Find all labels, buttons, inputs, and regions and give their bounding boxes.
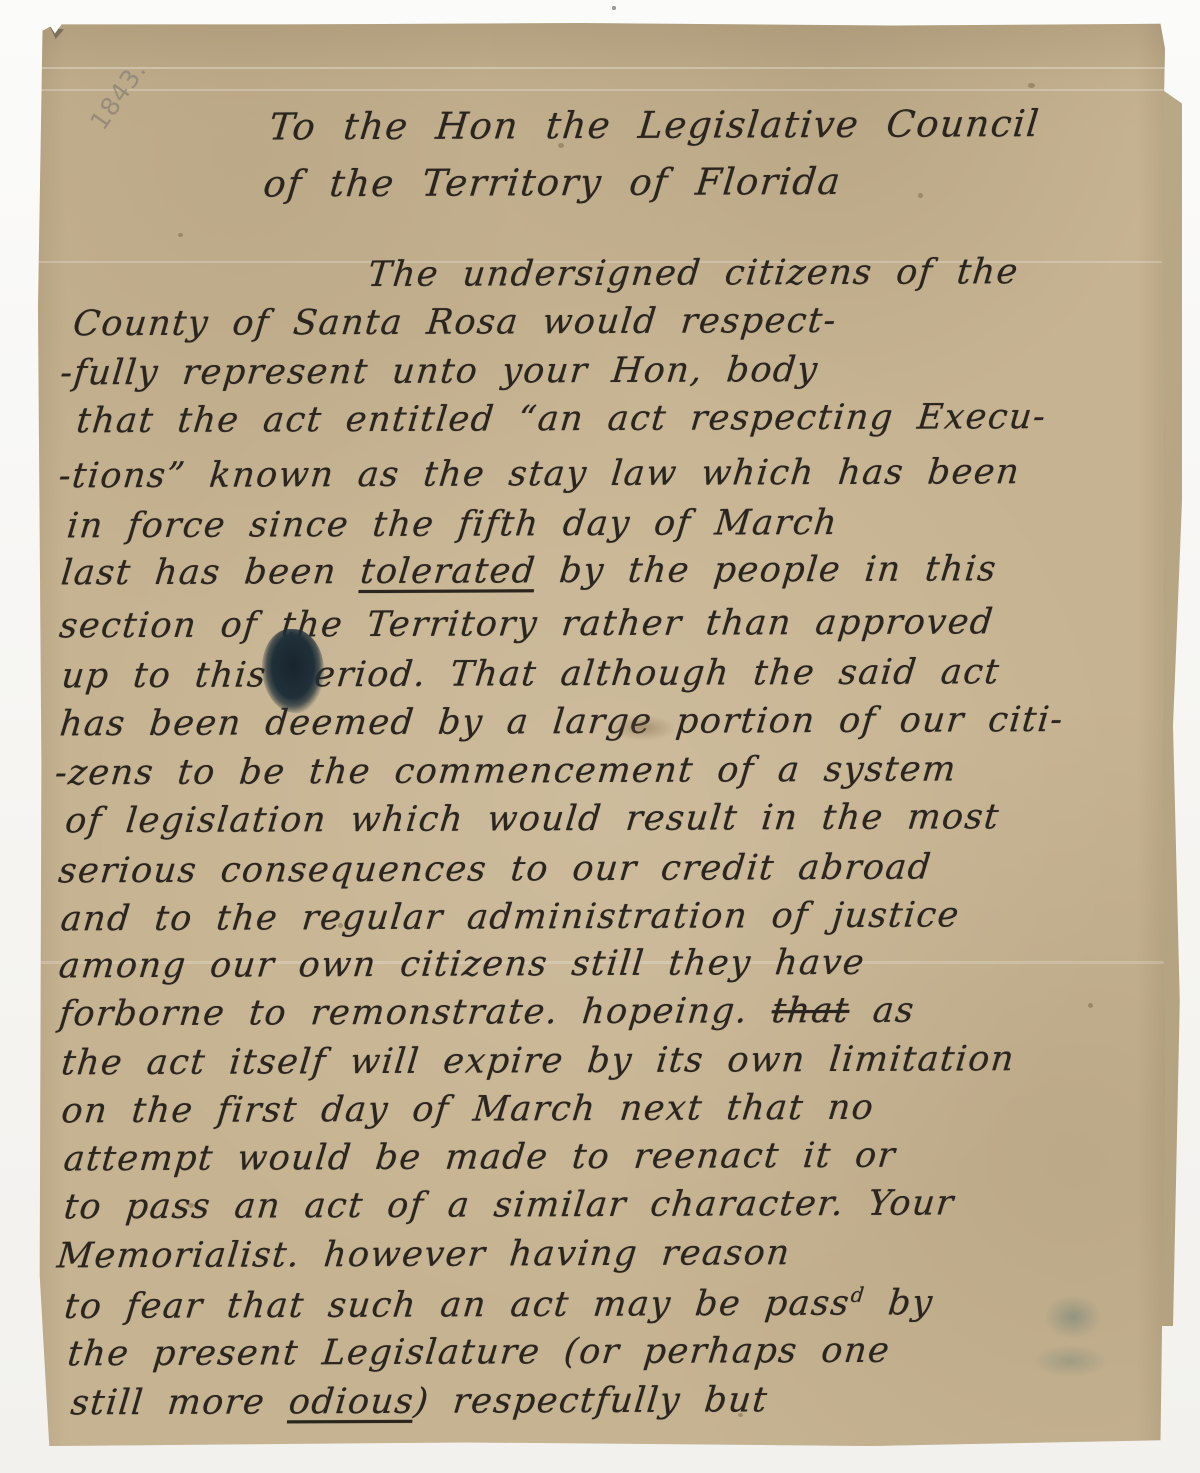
manuscript-line: of legislation which would result in the… bbox=[63, 797, 1001, 841]
manuscript-segment: by the people in this bbox=[534, 549, 999, 591]
paper-speck bbox=[338, 923, 343, 928]
manuscript-segment: The undersigned citizens of the bbox=[366, 252, 1021, 295]
manuscript-line: To the Hon the Legislative Council bbox=[267, 102, 1042, 148]
manuscript-line: to pass an act of a similar character. Y… bbox=[62, 1183, 956, 1227]
manuscript-segment: and to the regular administration of jus… bbox=[59, 895, 962, 939]
paper-speck bbox=[558, 143, 564, 148]
manuscript-segment: -zens to be the commencement of a system bbox=[53, 749, 959, 793]
manuscript-segment: serious consequences to our credit abroa… bbox=[57, 848, 934, 892]
manuscript-segment: -fully represent unto your Hon, body bbox=[58, 350, 820, 393]
manuscript-segment: last has been bbox=[59, 552, 362, 593]
manuscript-segment-underline: tolerated bbox=[358, 551, 537, 592]
manuscript-segment: to fear that such an act may be pass bbox=[62, 1284, 852, 1327]
manuscript-segment: Memorialist. however having reason bbox=[55, 1233, 792, 1276]
manuscript-line: serious consequences to our credit abroa… bbox=[57, 848, 934, 892]
manuscript-segment: in force since the fifth day of March bbox=[65, 503, 840, 546]
ink-smudge bbox=[1032, 1345, 1108, 1377]
manuscript-line: among our own citizens still they have bbox=[57, 943, 867, 987]
manuscript-line: -tions” known as the stay law which has … bbox=[57, 452, 1022, 496]
manuscript-segment: of legislation which would result in the… bbox=[63, 797, 1001, 841]
manuscript-line: in force since the fifth day of March bbox=[65, 503, 840, 546]
manuscript-line: -fully represent unto your Hon, body bbox=[58, 350, 820, 393]
manuscript-segment: has been deemed by a large portion of ou… bbox=[58, 700, 1066, 744]
manuscript-segment: attempt would be made to reenact it or bbox=[62, 1136, 898, 1180]
manuscript-line: forborne to remonstrate. hopeing. that a… bbox=[57, 991, 917, 1035]
manuscript-line: up to this period. That although the sai… bbox=[60, 652, 1002, 696]
paper-speck bbox=[1088, 1003, 1093, 1008]
manuscript-line: attempt would be made to reenact it or bbox=[62, 1136, 898, 1180]
manuscript-segment-strike: that bbox=[770, 991, 852, 1031]
paper-speck bbox=[1028, 83, 1035, 88]
paper-speck bbox=[178, 233, 183, 237]
manuscript-segment: of the Territory of Florida bbox=[261, 160, 843, 206]
manuscript-line: the act itself will expire by its own li… bbox=[59, 1039, 1017, 1083]
stain-smudge bbox=[610, 715, 676, 741]
manuscript-segment: among our own citizens still they have bbox=[57, 943, 867, 987]
manuscript-text: To the Hon the Legislative Councilof the… bbox=[38, 23, 1165, 1446]
manuscript-segment: To the Hon the Legislative Council bbox=[267, 102, 1042, 148]
manuscript-line: last has been tolerated by the people in… bbox=[59, 549, 999, 593]
manuscript-line: has been deemed by a large portion of ou… bbox=[58, 700, 1066, 744]
manuscript-segment: -tions” known as the stay law which has … bbox=[57, 452, 1022, 496]
manuscript-segment: the present Legislature (or perhaps one bbox=[66, 1331, 893, 1375]
manuscript-segment: the act itself will expire by its own li… bbox=[59, 1039, 1017, 1083]
manuscript-segment: by bbox=[863, 1283, 936, 1323]
manuscript-line: the present Legislature (or perhaps one bbox=[66, 1331, 893, 1375]
manuscript-segment: still more bbox=[69, 1382, 291, 1423]
manuscript-line: Memorialist. however having reason bbox=[55, 1233, 792, 1276]
manuscript-line: of the Territory of Florida bbox=[261, 160, 843, 206]
manuscript-segment-underline: odious bbox=[287, 1382, 416, 1423]
manuscript-line: on the first day of March next that no bbox=[60, 1088, 877, 1132]
manuscript-line: section of the Territory rather than app… bbox=[58, 602, 996, 646]
manuscript-line: that the act entitled “an act respecting… bbox=[75, 397, 1049, 441]
manuscript-segment: forborne to remonstrate. hopeing. bbox=[57, 991, 774, 1034]
manuscript-segment: on the first day of March next that no bbox=[60, 1088, 877, 1132]
paper-speck bbox=[188, 1203, 194, 1208]
manuscript-line: The undersigned citizens of the bbox=[366, 252, 1021, 295]
manuscript-segment: section of the Territory rather than app… bbox=[58, 602, 996, 646]
manuscript-line: to fear that such an act may be passd by bbox=[62, 1283, 935, 1327]
manuscript-line: -zens to be the commencement of a system bbox=[53, 749, 959, 793]
manuscript-segment: that the act entitled “an act respecting… bbox=[75, 397, 1049, 441]
manuscript-line: County of Santa Rosa would respect- bbox=[71, 301, 839, 344]
manuscript-segment: as bbox=[847, 991, 916, 1031]
manuscript-page: 1843. To the Hon the Legislative Council… bbox=[38, 23, 1165, 1446]
paper-speck bbox=[738, 1413, 743, 1417]
manuscript-line: still more odious) respectfully but bbox=[69, 1380, 770, 1423]
paper-speck bbox=[918, 193, 923, 198]
manuscript-line: and to the regular administration of jus… bbox=[59, 895, 962, 939]
scan-background: House-Select 1843. To the Hon the Legisl… bbox=[0, 0, 1200, 1473]
ink-smudge bbox=[1044, 1295, 1102, 1339]
manuscript-segment: County of Santa Rosa would respect- bbox=[71, 301, 839, 344]
scan-speck bbox=[612, 6, 616, 10]
manuscript-segment: ) respectfully but bbox=[412, 1380, 770, 1422]
manuscript-segment: up to this period. That although the sai… bbox=[60, 652, 1002, 696]
manuscript-segment: to pass an act of a similar character. Y… bbox=[62, 1183, 956, 1227]
